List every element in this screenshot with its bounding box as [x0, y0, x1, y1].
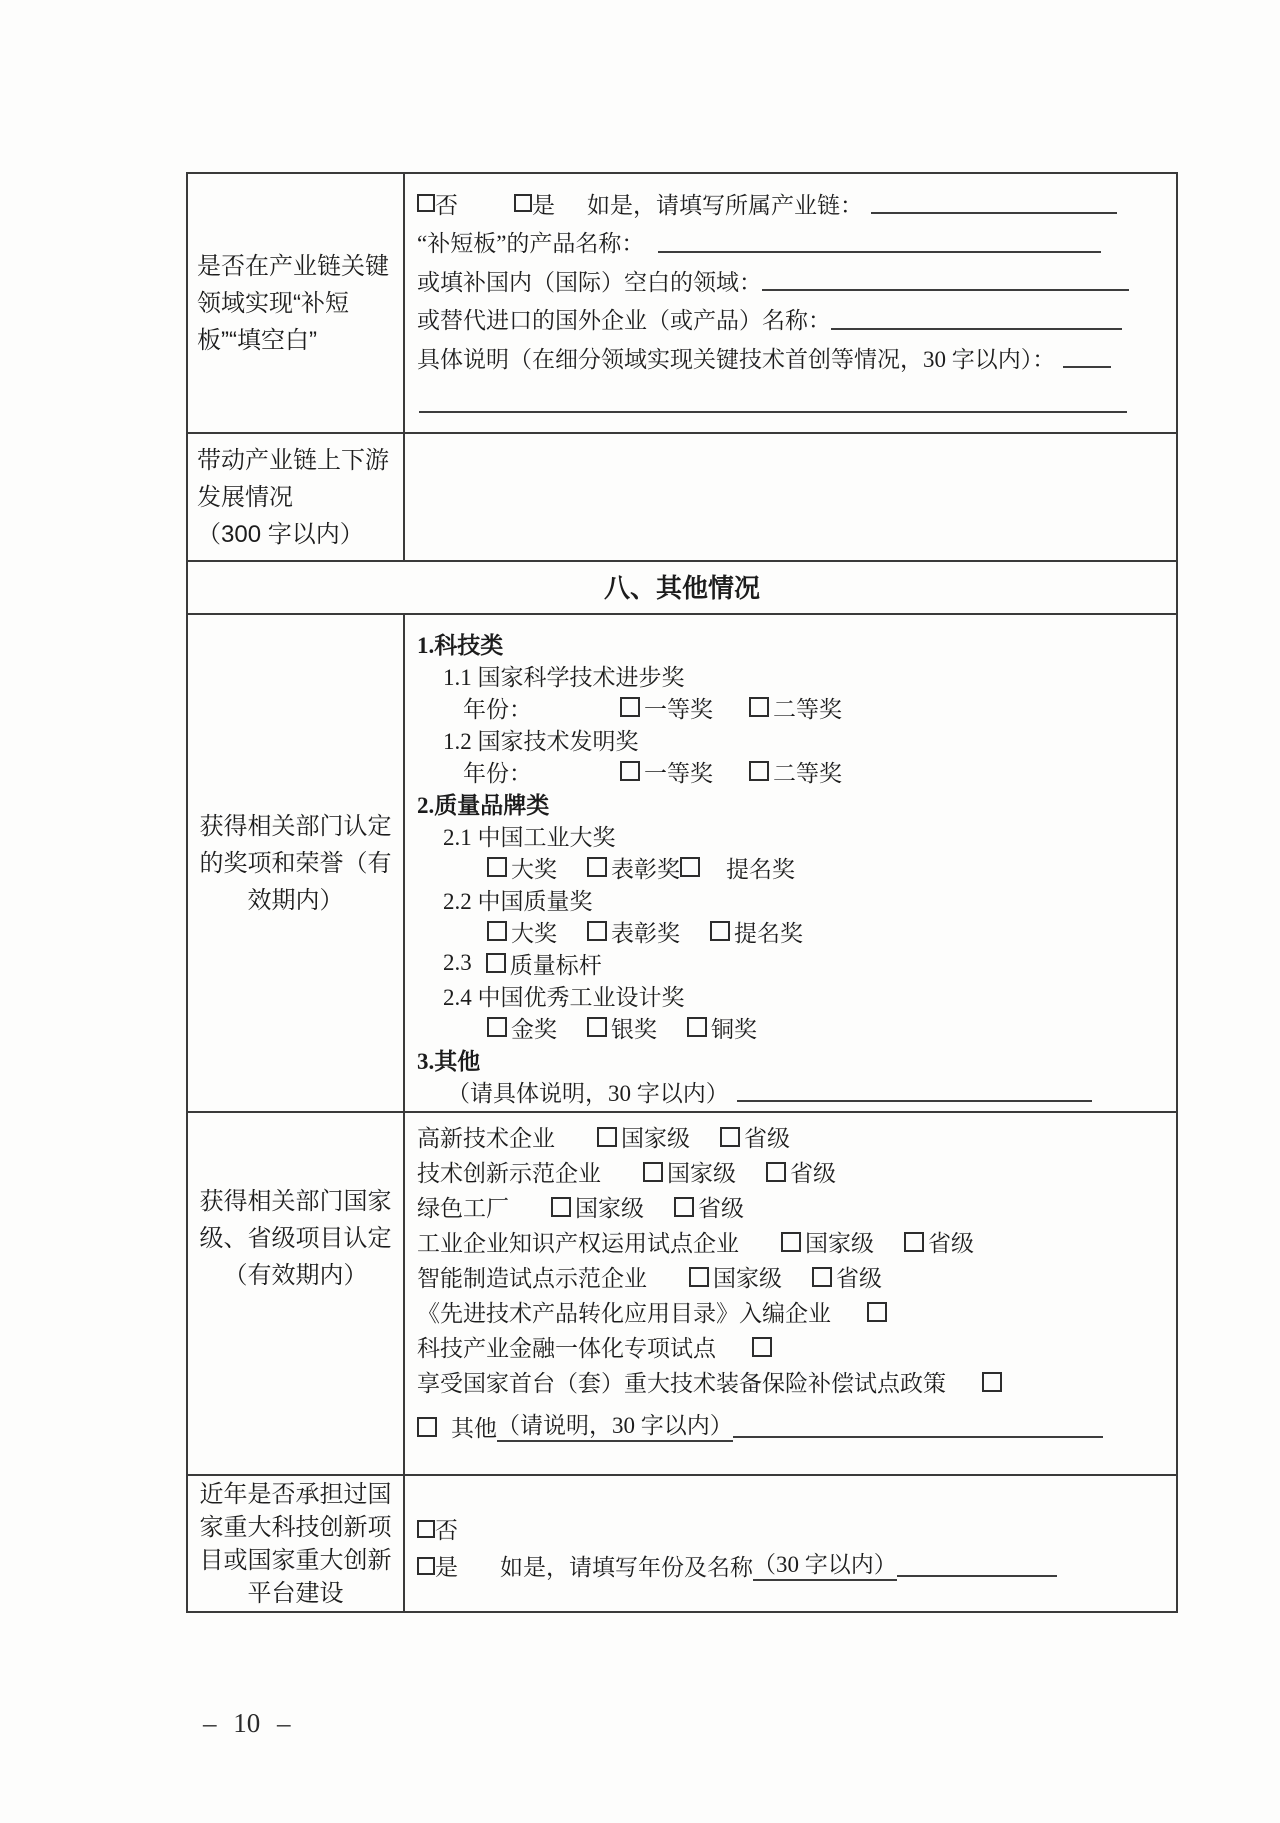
awards-sec3-title: 3.其他: [417, 1043, 1176, 1075]
chain-gap-line5-text: 具体说明（在细分领域实现关键技术首创等情况，30 字以内）：: [417, 341, 1055, 374]
checkbox-bronze-award-icon[interactable]: [687, 1017, 707, 1037]
section-header: 八、其他情况: [188, 560, 1176, 613]
cert-name: 智能制造试点示范企业: [417, 1260, 647, 1293]
awards-sec3-note: （请具体说明，30 字以内）: [447, 1075, 729, 1108]
cert-line-first-set-insurance: 享受国家首台（套）重大技术装备保险补偿试点政策: [417, 1364, 1176, 1399]
option-no-label: 否: [435, 187, 458, 220]
chain-gap-line3: 或填补国内（国际）空白的领域：: [417, 261, 1176, 300]
cert-line-advanced-catalog: 《先进技术产品转化应用目录》入编企业: [417, 1294, 1176, 1329]
other-blank[interactable]: [733, 1416, 1103, 1438]
awards-item-1-1: 1.1 国家科学技术进步奖: [417, 659, 1176, 691]
quality-benchmark-label: 质量标杆: [510, 947, 602, 980]
checkbox-catalog-icon[interactable]: [867, 1302, 887, 1322]
national-label: 国家级: [805, 1225, 874, 1258]
national-label: 国家级: [713, 1260, 782, 1293]
year-label: 年份：: [463, 755, 532, 788]
chain-gap-line2-text: “补短板”的产品名称：: [417, 225, 644, 258]
cert-line-innovation-demo: 技术创新示范企业 国家级 省级: [417, 1154, 1176, 1189]
row-chain-gap-label-cell: 是否在产业链关键 领域实现“补短 板”“填空白”: [188, 174, 405, 432]
awards-2-2-options: 大奖 表彰奖 提名奖: [417, 915, 1176, 947]
page-number: – 10 –: [203, 1708, 291, 1739]
checkbox-national-icon[interactable]: [643, 1162, 663, 1182]
other-note: （请说明，30 字以内）: [497, 1412, 733, 1442]
chain-gap-line4-text: 或替代进口的国外企业（或产品）名称：: [417, 302, 831, 335]
row-chain-gap: 是否在产业链关键 领域实现“补短 板”“填空白” 否 是 如是，请填写所属产业链…: [188, 174, 1176, 432]
gold-award-label: 金奖: [511, 1011, 557, 1044]
awards-year-line-1: 年份： 一等奖 二等奖: [417, 691, 1176, 723]
awards-item-2-3-number: 2.3: [443, 950, 472, 976]
checkbox-provincial-icon[interactable]: [904, 1232, 924, 1252]
checkbox-quality-benchmark-icon[interactable]: [486, 953, 506, 973]
cert-name: 绿色工厂: [417, 1190, 509, 1223]
row-awards-label: 获得相关部门认定 的奖项和荣誉（有 效期内）: [197, 808, 394, 919]
checkbox-provincial-icon[interactable]: [812, 1267, 832, 1287]
row-chain-drive: 带动产业链上下游 发展情况 （300 字以内）: [188, 432, 1176, 560]
row-certifications: 获得相关部门国家 级、省级项目认定 （有效期内） 高新技术企业 国家级 省级 技…: [188, 1111, 1176, 1474]
provincial-label: 省级: [928, 1225, 974, 1258]
foreign-company-blank[interactable]: [831, 308, 1122, 330]
checkbox-yes-icon[interactable]: [514, 194, 532, 212]
option-yes-label: 是: [532, 187, 555, 220]
option-no-label: 否: [435, 1512, 458, 1545]
awards-sec1-title: 1.科技类: [417, 627, 1176, 659]
cert-name: 享受国家首台（套）重大技术装备保险补偿试点政策: [417, 1365, 946, 1398]
chain-gap-line4: 或替代进口的国外企业（或产品）名称：: [417, 300, 1176, 339]
awards-sec3-note-line: （请具体说明，30 字以内）: [417, 1075, 1176, 1107]
checkbox-gold-award-icon[interactable]: [487, 1017, 507, 1037]
second-prize-label: 二等奖: [773, 755, 842, 788]
description-continuation-blank[interactable]: [419, 391, 1127, 413]
checkbox-national-icon[interactable]: [781, 1232, 801, 1252]
national-label: 国家级: [575, 1190, 644, 1223]
major-no-line: 否: [417, 1510, 1176, 1547]
awards-year-line-2: 年份： 一等奖 二等奖: [417, 755, 1176, 787]
checkbox-first-prize-icon[interactable]: [620, 697, 640, 717]
cert-line-ip-pilot: 工业企业知识产权运用试点企业 国家级 省级: [417, 1224, 1176, 1259]
row-certifications-label-cell: 获得相关部门国家 级、省级项目认定 （有效期内）: [188, 1113, 405, 1474]
checkbox-yes-icon[interactable]: [417, 1557, 435, 1575]
row-chain-gap-label: 是否在产业链关键 领域实现“补短 板”“填空白”: [197, 248, 394, 359]
chain-drive-answer-area[interactable]: [405, 434, 1176, 560]
checkbox-no-icon[interactable]: [417, 1520, 435, 1538]
chain-gap-line5: 具体说明（在细分领域实现关键技术首创等情况，30 字以内）：: [417, 338, 1176, 377]
checkbox-national-icon[interactable]: [551, 1197, 571, 1217]
bronze-award-label: 铜奖: [711, 1011, 757, 1044]
cert-line-hightech: 高新技术企业 国家级 省级: [417, 1119, 1176, 1154]
silver-award-label: 银奖: [611, 1011, 657, 1044]
awards-item-2-4: 2.4 中国优秀工业设计奖: [417, 979, 1176, 1011]
year-label: 年份：: [463, 691, 532, 724]
blank-field-blank[interactable]: [762, 269, 1129, 291]
grand-award-label: 大奖: [511, 915, 557, 948]
checkbox-nominate-award-icon[interactable]: [680, 857, 700, 877]
checkbox-tech-finance-icon[interactable]: [752, 1337, 772, 1357]
cert-name: 科技产业金融一体化专项试点: [417, 1330, 716, 1363]
row-certifications-content: 高新技术企业 国家级 省级 技术创新示范企业 国家级 省级 绿色工厂 国家级 省…: [405, 1113, 1176, 1474]
checkbox-provincial-icon[interactable]: [766, 1162, 786, 1182]
commend-award-label: 表彰奖: [611, 915, 680, 948]
major-yes-text: 如是，请填写年份及名称: [500, 1549, 753, 1582]
checkbox-grand-award-icon[interactable]: [487, 857, 507, 877]
national-label: 国家级: [667, 1155, 736, 1188]
row-awards: 获得相关部门认定 的奖项和荣誉（有 效期内） 1.科技类 1.1 国家科学技术进…: [188, 613, 1176, 1111]
checkbox-commend-award-icon[interactable]: [587, 921, 607, 941]
row-awards-label-cell: 获得相关部门认定 的奖项和荣誉（有 效期内）: [188, 615, 405, 1111]
checkbox-silver-award-icon[interactable]: [587, 1017, 607, 1037]
provincial-label: 省级: [698, 1190, 744, 1223]
product-name-blank[interactable]: [658, 231, 1101, 253]
cert-name: 技术创新示范企业: [417, 1155, 601, 1188]
major-yes-line: 是 如是，请填写年份及名称 （30 字以内）: [417, 1547, 1176, 1584]
awards-other-blank[interactable]: [737, 1080, 1092, 1102]
checkbox-commend-award-icon[interactable]: [587, 857, 607, 877]
industry-chain-blank[interactable]: [871, 192, 1117, 214]
nominate-award-label: 提名奖: [726, 851, 795, 884]
checkbox-national-icon[interactable]: [689, 1267, 709, 1287]
row-major-projects-label: 近年是否承担过国 家重大科技创新项 目或国家重大创新 平台建设: [197, 1478, 394, 1610]
awards-item-1-2: 1.2 国家技术发明奖: [417, 723, 1176, 755]
chain-gap-line1: 否 是 如是，请填写所属产业链：: [417, 184, 1176, 223]
checkbox-grand-award-icon[interactable]: [487, 921, 507, 941]
chain-gap-line1-text: 如是，请填写所属产业链：: [587, 187, 863, 220]
row-major-projects-content: 否 是 如是，请填写年份及名称 （30 字以内）: [405, 1476, 1176, 1611]
cert-line-tech-finance: 科技产业金融一体化专项试点: [417, 1329, 1176, 1364]
awards-item-2-2: 2.2 中国质量奖: [417, 883, 1176, 915]
checkbox-national-icon[interactable]: [597, 1127, 617, 1147]
cert-line-other: 其他 （请说明，30 字以内）: [417, 1409, 1176, 1444]
awards-item-2-1: 2.1 中国工业大奖: [417, 819, 1176, 851]
cert-line-smart-manufacturing: 智能制造试点示范企业 国家级 省级: [417, 1259, 1176, 1294]
awards-2-4-options: 金奖 银奖 铜奖: [417, 1011, 1176, 1043]
cert-name: 高新技术企业: [417, 1120, 555, 1153]
first-prize-label: 一等奖: [644, 691, 713, 724]
row-chain-drive-label: 带动产业链上下游 发展情况 （300 字以内）: [197, 442, 394, 553]
description-blank[interactable]: [1063, 346, 1111, 368]
checkbox-insurance-icon[interactable]: [982, 1372, 1002, 1392]
provincial-label: 省级: [790, 1155, 836, 1188]
checkbox-no-icon[interactable]: [417, 194, 435, 212]
other-label: 其他: [451, 1410, 497, 1443]
checkbox-first-prize-icon[interactable]: [620, 761, 640, 781]
checkbox-provincial-icon[interactable]: [720, 1127, 740, 1147]
awards-item-2-3: 2.3 质量标杆: [417, 947, 1176, 979]
checkbox-second-prize-icon[interactable]: [749, 697, 769, 717]
major-yes-note: （30 字以内）: [753, 1551, 897, 1581]
awards-2-1-options: 大奖 表彰奖 提名奖: [417, 851, 1176, 883]
row-awards-content: 1.科技类 1.1 国家科学技术进步奖 年份： 一等奖 二等奖 1.2 国家技术…: [405, 615, 1176, 1111]
row-chain-gap-content: 否 是 如是，请填写所属产业链： “补短板”的产品名称： 或填补国内（国际）空白…: [405, 174, 1176, 432]
form-table: 是否在产业链关键 领域实现“补短 板”“填空白” 否 是 如是，请填写所属产业链…: [186, 172, 1178, 1613]
checkbox-provincial-icon[interactable]: [674, 1197, 694, 1217]
chain-gap-line2: “补短板”的产品名称：: [417, 223, 1176, 262]
checkbox-second-prize-icon[interactable]: [749, 761, 769, 781]
row-major-projects: 近年是否承担过国 家重大科技创新项 目或国家重大创新 平台建设 否 是 如是，请…: [188, 1474, 1176, 1611]
checkbox-other-icon[interactable]: [417, 1417, 437, 1437]
option-yes-label: 是: [435, 1549, 458, 1582]
commend-award-label: 表彰奖: [611, 851, 680, 884]
row-chain-drive-label-cell: 带动产业链上下游 发展情况 （300 字以内）: [188, 434, 405, 560]
provincial-label: 省级: [836, 1260, 882, 1293]
awards-sec2-title: 2.质量品牌类: [417, 787, 1176, 819]
second-prize-label: 二等奖: [773, 691, 842, 724]
major-yes-blank[interactable]: [897, 1555, 1057, 1577]
first-prize-label: 一等奖: [644, 755, 713, 788]
cert-line-green-factory: 绿色工厂 国家级 省级: [417, 1189, 1176, 1224]
chain-gap-line3-text: 或填补国内（国际）空白的领域：: [417, 264, 762, 297]
national-label: 国家级: [621, 1120, 690, 1153]
grand-award-label: 大奖: [511, 851, 557, 884]
row-major-projects-label-cell: 近年是否承担过国 家重大科技创新项 目或国家重大创新 平台建设: [188, 1476, 405, 1611]
cert-name: 《先进技术产品转化应用目录》入编企业: [417, 1295, 831, 1328]
provincial-label: 省级: [744, 1120, 790, 1153]
checkbox-nominate-award-icon[interactable]: [710, 921, 730, 941]
cert-name: 工业企业知识产权运用试点企业: [417, 1225, 739, 1258]
row-certifications-label: 获得相关部门国家 级、省级项目认定 （有效期内）: [197, 1183, 394, 1294]
nominate-award-label: 提名奖: [734, 915, 803, 948]
